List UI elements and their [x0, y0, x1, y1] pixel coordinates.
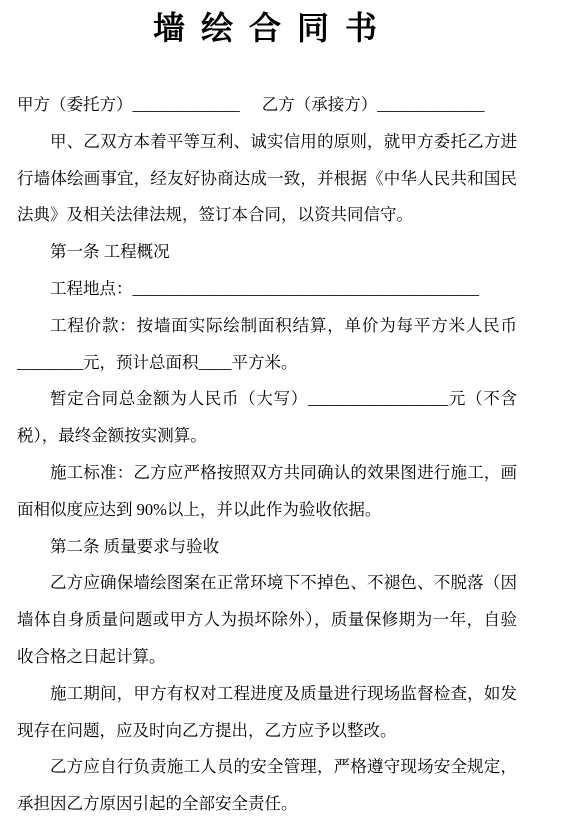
paragraph-project-location: 工程地点：___________________________________… — [17, 271, 517, 308]
contract-body: 甲方（委托方）_____________乙方（承接方）_____________… — [17, 87, 517, 823]
party-a-label: 甲方（委托方） — [17, 95, 133, 114]
contract-title: 墙 绘 合 同 书 — [17, 8, 517, 48]
party-b-blank-field: _____________ — [377, 95, 484, 114]
section-2-heading: 第二条 质量要求与验收 — [17, 529, 517, 566]
paragraph-safety-responsibility: 乙方应自行负责施工人员的安全管理，严格遵守现场安全规定，承担因乙方原因引起的全部… — [17, 749, 517, 823]
paragraph-supervision-inspection: 施工期间，甲方有权对工程进度及质量进行现场监督检查，如发现存在问题，应及时向乙方… — [17, 676, 517, 750]
contract-page: 墙 绘 合 同 书 甲方（委托方）_____________乙方（承接方）___… — [0, 0, 565, 829]
party-b-label: 乙方（承接方） — [262, 95, 378, 114]
paragraph-preamble: 甲、乙双方本着平等互利、诚实信用的原则，就甲方委托乙方进行墙体绘画事宜，经友好协… — [17, 124, 517, 234]
paragraph-construction-standard: 施工标准：乙方应严格按照双方共同确认的效果图进行施工，画面相似度应达到 90%以… — [17, 455, 517, 529]
party-a-blank-field: _____________ — [133, 95, 240, 114]
paragraph-project-price: 工程价款：按墙面实际绘制面积结算，单价为每平方米人民币________元，预计总… — [17, 308, 517, 382]
paragraph-quality-warranty: 乙方应确保墙绘图案在正常环境下不掉色、不褪色、不脱落（因墙体自身质量问题或甲方人… — [17, 565, 517, 675]
paragraph-total-amount: 暂定合同总金额为人民币（大写）_________________元（不含税），最… — [17, 381, 517, 455]
section-1-heading: 第一条 工程概况 — [17, 234, 517, 271]
parties-line: 甲方（委托方）_____________乙方（承接方）_____________ — [17, 87, 517, 124]
